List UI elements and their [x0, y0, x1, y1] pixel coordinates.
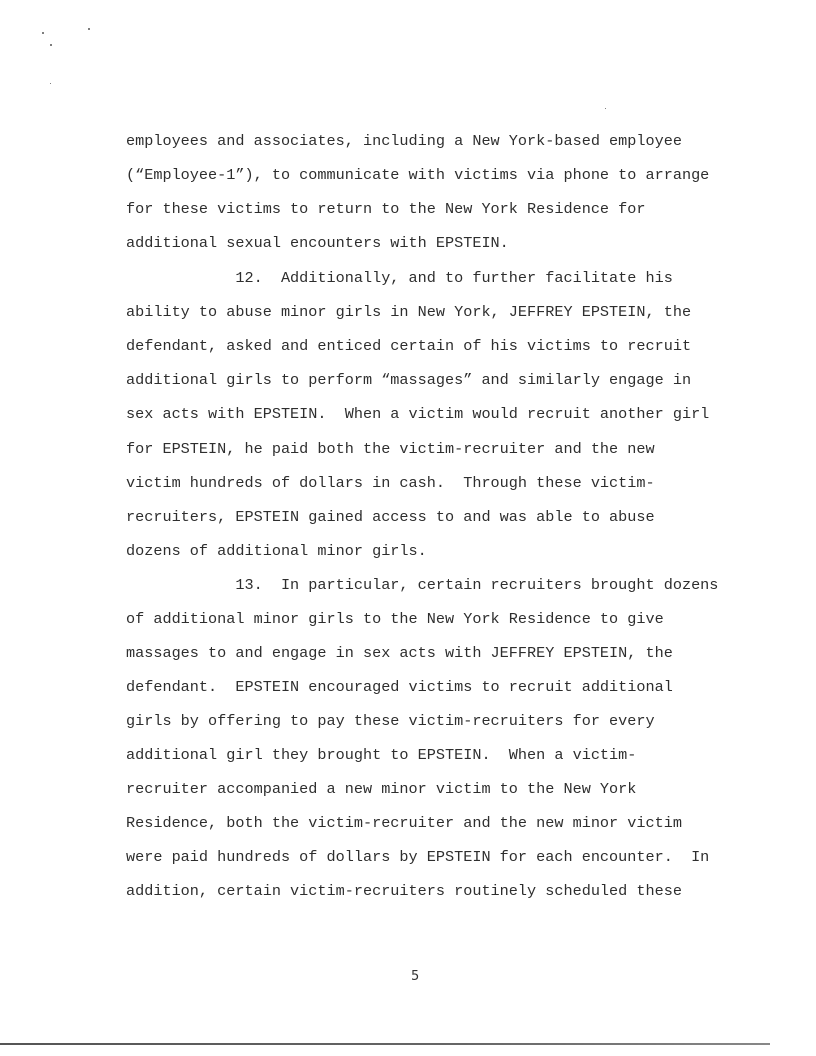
text-line: additional sexual encounters with EPSTEI… [126, 234, 509, 252]
scan-speck [88, 28, 90, 30]
text-line: ability to abuse minor girls in New York… [126, 303, 691, 321]
text-line: (“Employee-1”), to communicate with vict… [126, 166, 709, 184]
text-line: Residence, both the victim-recruiter and… [126, 814, 682, 832]
text-line: dozens of additional minor girls. [126, 542, 427, 560]
bottom-rule [0, 1043, 770, 1045]
text-line: employees and associates, including a Ne… [126, 132, 682, 150]
page-number: 5 [411, 969, 419, 984]
text-line: were paid hundreds of dollars by EPSTEIN… [126, 848, 709, 866]
text-line: addition, certain victim-recruiters rout… [126, 882, 682, 900]
text-line: additional girls to perform “massages” a… [126, 371, 691, 389]
text-line: defendant. EPSTEIN encouraged victims to… [126, 678, 673, 696]
text-line: recruiters, EPSTEIN gained access to and… [126, 508, 655, 526]
text-line: girls by offering to pay these victim-re… [126, 712, 655, 730]
scan-speck [42, 32, 44, 34]
text-line: recruiter accompanied a new minor victim… [126, 780, 636, 798]
scan-speck [50, 83, 51, 84]
text-line: additional girl they brought to EPSTEIN.… [126, 746, 636, 764]
scan-speck [50, 44, 52, 46]
paragraph-13-start: 13. In particular, certain recruiters br… [126, 576, 718, 594]
text-line: victim hundreds of dollars in cash. Thro… [126, 474, 655, 492]
scan-speck [605, 108, 606, 109]
text-line: for EPSTEIN, he paid both the victim-rec… [126, 440, 655, 458]
text-line: of additional minor girls to the New Yor… [126, 610, 664, 628]
text-line: for these victims to return to the New Y… [126, 200, 646, 218]
document-page: employees and associates, including a Ne… [0, 0, 816, 1056]
paragraph-12-start: 12. Additionally, and to further facilit… [126, 269, 673, 287]
text-line: sex acts with EPSTEIN. When a victim wou… [126, 405, 709, 423]
text-line: massages to and engage in sex acts with … [126, 644, 673, 662]
text-line: defendant, asked and enticed certain of … [126, 337, 691, 355]
